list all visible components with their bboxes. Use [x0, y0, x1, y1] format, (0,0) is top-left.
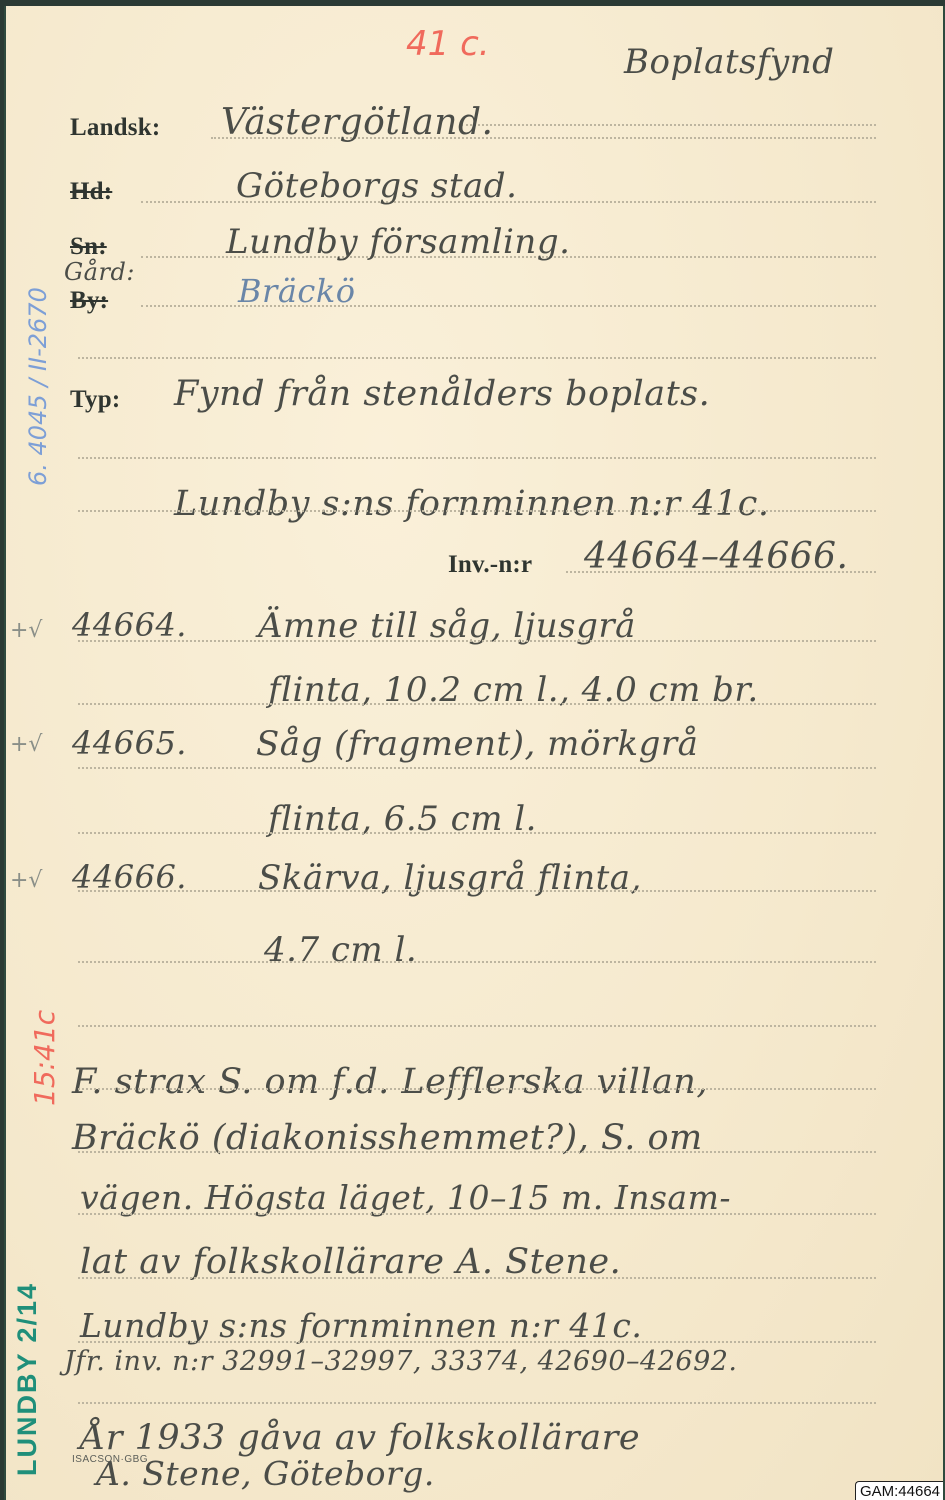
- dotted-line: [78, 1341, 876, 1343]
- note-line: lat av folkskollärare A. Stene.: [80, 1242, 621, 1282]
- label-harad: Hd:: [70, 178, 112, 206]
- label-by: By:: [70, 287, 108, 315]
- dotted-line: [78, 1025, 876, 1027]
- dotted-line: [78, 1151, 876, 1153]
- dotted-line: [78, 961, 876, 963]
- item-number: 44664.: [72, 606, 187, 644]
- red-site-number: 41 c.: [406, 24, 490, 64]
- reference-line: Lundby s:ns fornminnen n:r 41c.: [80, 1306, 642, 1345]
- dotted-line: [78, 767, 876, 769]
- margin-red-annotation: 15:41c: [28, 1010, 61, 1106]
- dotted-line: [461, 124, 876, 126]
- printer-mark: ISACSON·GBG: [72, 1454, 148, 1465]
- fornminne-line: Lundby s:ns fornminnen n:r 41c.: [174, 484, 770, 524]
- dotted-line: [78, 890, 876, 892]
- checkmark-icon: +√: [10, 618, 42, 643]
- catalog-id-stamp: GAM:44664: [855, 1481, 943, 1500]
- value-typ: Fynd från stenålders boplats.: [174, 374, 710, 414]
- value-by: Bräckö: [238, 272, 355, 310]
- dotted-line: [78, 1402, 876, 1404]
- dotted-line: [78, 1277, 876, 1279]
- dotted-line: [78, 1213, 876, 1215]
- margin-blue-annotation: 6. 4045 / II-2670: [24, 287, 52, 486]
- label-landskap: Landsk:: [70, 114, 160, 142]
- cross-reference: Jfr. inv. n:r 32991–32997, 33374, 42690–…: [64, 1346, 738, 1377]
- dotted-line: [78, 703, 876, 705]
- dotted-line: [78, 357, 876, 359]
- dotted-line: [78, 457, 876, 459]
- dotted-line: [78, 832, 876, 834]
- dotted-line: [78, 510, 876, 512]
- item-number: 44665.: [72, 724, 187, 762]
- value-harad: Göteborgs stad.: [236, 166, 517, 206]
- handwritten-gard-label: Gård:: [64, 258, 135, 286]
- value-inv: 44664–44666.: [584, 536, 849, 577]
- item-description: Såg (fragment), mörkgrå: [256, 724, 698, 764]
- margin-green-stamp: LUNDBY 2/14: [12, 1282, 43, 1476]
- checkmark-icon: +√: [10, 868, 42, 893]
- catalog-card: 41 c. Boplatsfynd Landsk: Västergötland.…: [4, 6, 945, 1500]
- value-socken: Lundby församling.: [226, 222, 570, 262]
- label-inv: Inv.-n:r: [448, 551, 532, 579]
- label-typ: Typ:: [70, 386, 120, 414]
- category-text: Boplatsfynd: [624, 42, 834, 82]
- checkmark-icon: +√: [10, 732, 42, 757]
- item-description-cont: 4.7 cm l.: [264, 930, 417, 970]
- note-line: F. strax S. om f.d. Lefflerska villan,: [72, 1062, 708, 1102]
- donation-line: År 1933 gåva av folkskollärare: [80, 1418, 640, 1458]
- dotted-line: [78, 640, 876, 642]
- note-line: vägen. Högsta läget, 10–15 m. Insam-: [80, 1178, 731, 1217]
- item-description: Skärva, ljusgrå flinta,: [258, 858, 642, 898]
- value-landskap: Västergötland.: [221, 102, 493, 143]
- dotted-line: [78, 1088, 876, 1090]
- label-socken: Sn:: [70, 233, 107, 261]
